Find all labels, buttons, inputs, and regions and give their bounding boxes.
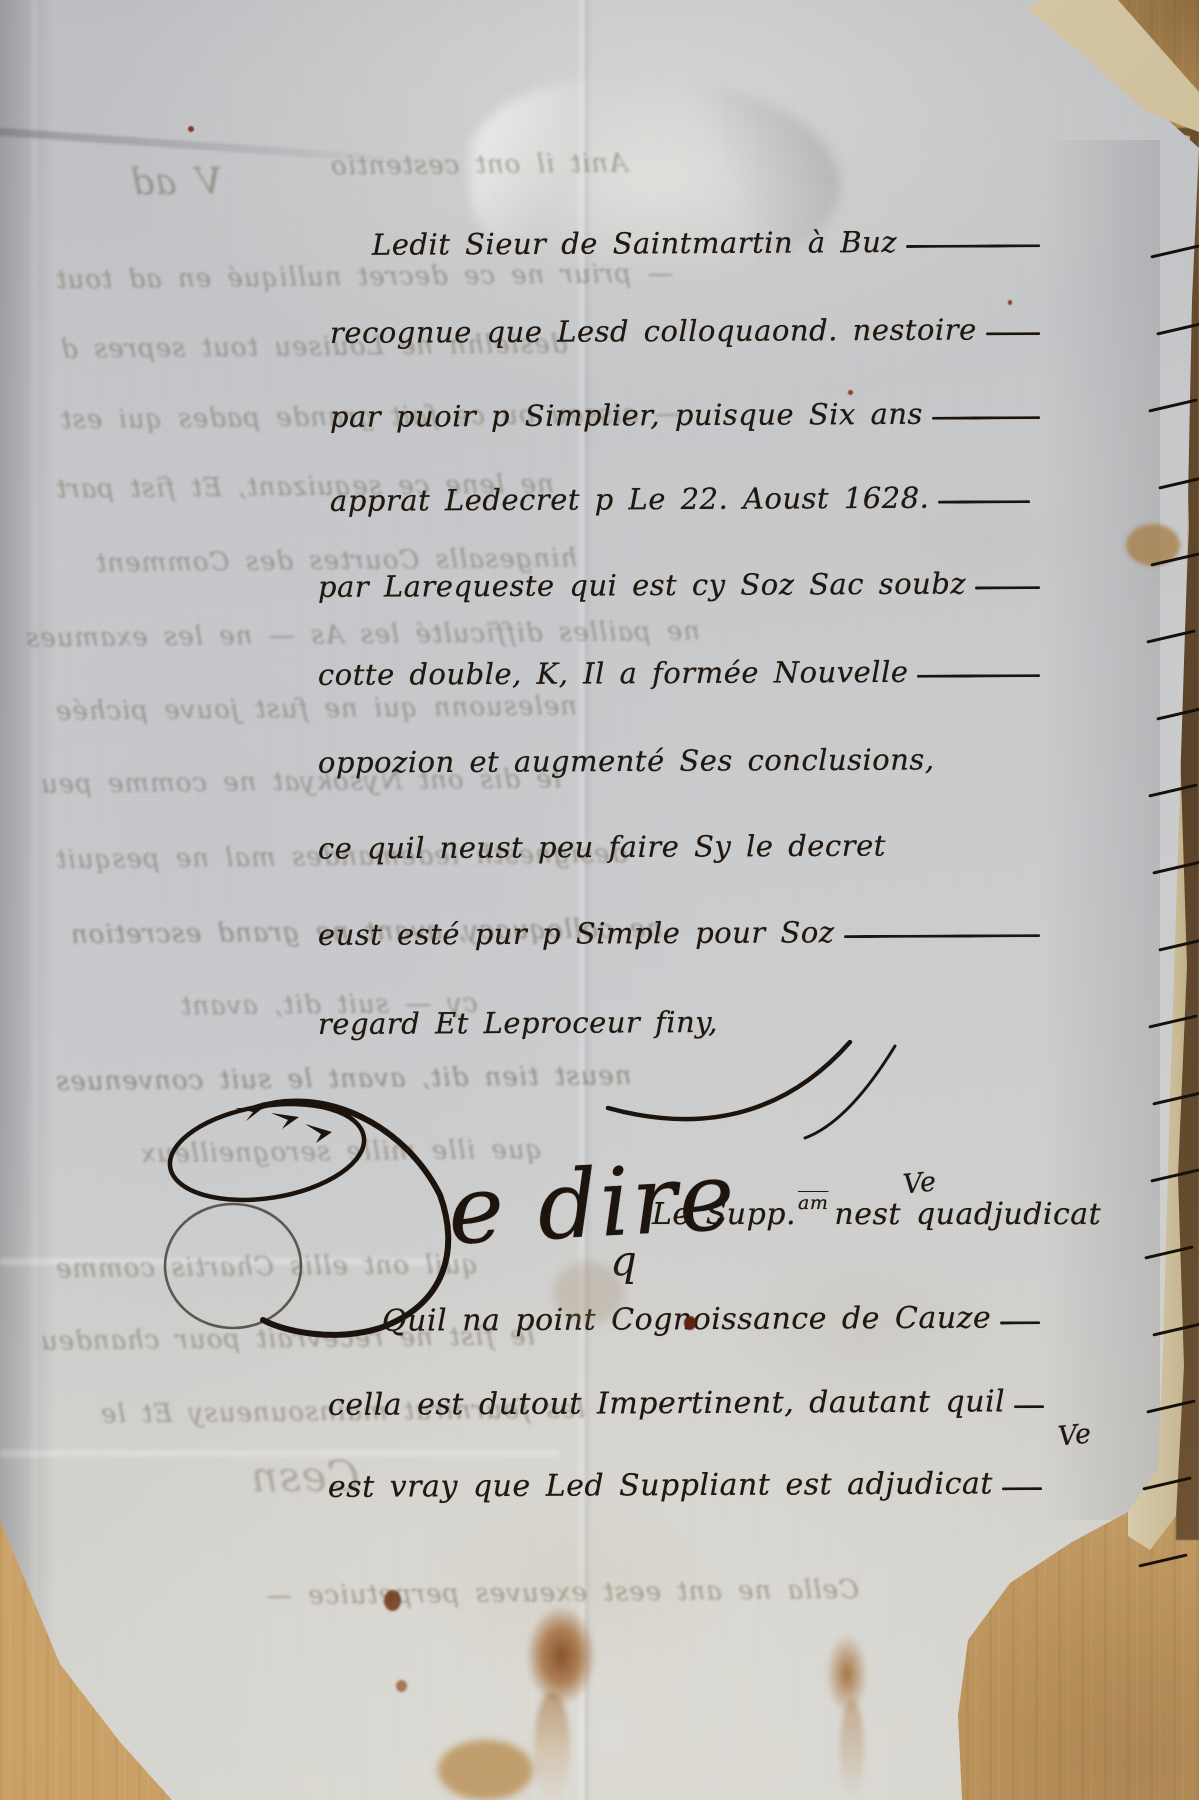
line-filler-stroke	[844, 934, 1040, 938]
rust-spot	[384, 1590, 401, 1611]
line-filler-stroke	[906, 244, 1040, 248]
left-edge-shading	[0, 0, 55, 1800]
faint-smudge-stain	[553, 1262, 625, 1324]
arrow-ornament	[271, 1113, 299, 1129]
text-line: cotte double, K, Il a formée Nouvelle	[318, 654, 1040, 692]
manuscript-sheet: Anit il ont cestentio V ad — priur ne ce…	[0, 0, 1199, 1800]
line-filler-stroke	[1000, 1321, 1040, 1324]
text-line: ce quil neust peu faire Sy le decret	[318, 829, 886, 866]
photo-of-manuscript: { "document": { "description": "Photogra…	[0, 0, 1199, 1800]
renvoi-mark-ve: Ve	[1056, 1418, 1092, 1452]
line-filler-stroke	[932, 416, 1040, 420]
text-line: par puoir p Simplier, puisque Six ans	[330, 396, 1040, 434]
renvoi-mark-ve: Ve	[901, 1166, 937, 1200]
text-line: Quil na point Cognoissance de Cauze	[382, 1300, 1040, 1338]
rust-stain-drip	[840, 1700, 864, 1800]
text-line: Ledit Sieur de Saintmartin à Buz	[372, 224, 1040, 261]
text-line: est vray que Led Suppliant est adjudicat	[328, 1466, 1042, 1505]
ghost-line: Anit il ont cestentio	[330, 148, 628, 181]
rust-spot	[396, 1680, 407, 1692]
speck	[188, 126, 194, 132]
line-filler-stroke	[938, 500, 1030, 503]
pen-swash-finy-tail	[800, 1042, 920, 1152]
text-line: regard Et Leproceur finy,	[318, 1005, 718, 1041]
line-filler-stroke	[1002, 1487, 1042, 1490]
ghost-line: V ad	[130, 162, 222, 204]
rust-stain-drip	[534, 1692, 570, 1800]
superscript-abbrev: am	[798, 1192, 828, 1214]
text-line: par Larequeste qui est cy Soz Sac soubz	[318, 566, 1040, 604]
speck	[848, 390, 853, 395]
line-filler-stroke	[975, 586, 1040, 589]
right-edge-shading	[1040, 140, 1160, 1520]
line-filler-stroke	[1014, 1405, 1044, 1408]
arrow-ornament	[305, 1124, 332, 1143]
ghost-line: nelesuonn qui ne fust jouve pichée	[55, 691, 577, 726]
text-line: eust esté pur p Simple pour Soz	[318, 914, 1040, 952]
bottom-edge-stain	[438, 1740, 533, 1800]
line-filler-stroke	[917, 674, 1040, 678]
text-line: oppozion et augmenté Ses conclusions,	[318, 742, 935, 779]
text-line: recognue que Lesd colloquaond. nestoire	[330, 312, 1040, 350]
ink-blot-in-C	[684, 1316, 696, 1330]
speck	[1008, 300, 1012, 305]
text-line: cella est dutout Impertinent, dautant qu…	[328, 1384, 1044, 1423]
text-line-with-date: apprat Ledecret p Le 22. Aoust 1628.	[330, 480, 1030, 518]
line-filler-stroke	[986, 332, 1040, 335]
rust-stain-large	[526, 1606, 596, 1706]
suppliant-clause-line: Le Supp.amnest quadjudicat	[652, 1192, 1040, 1232]
